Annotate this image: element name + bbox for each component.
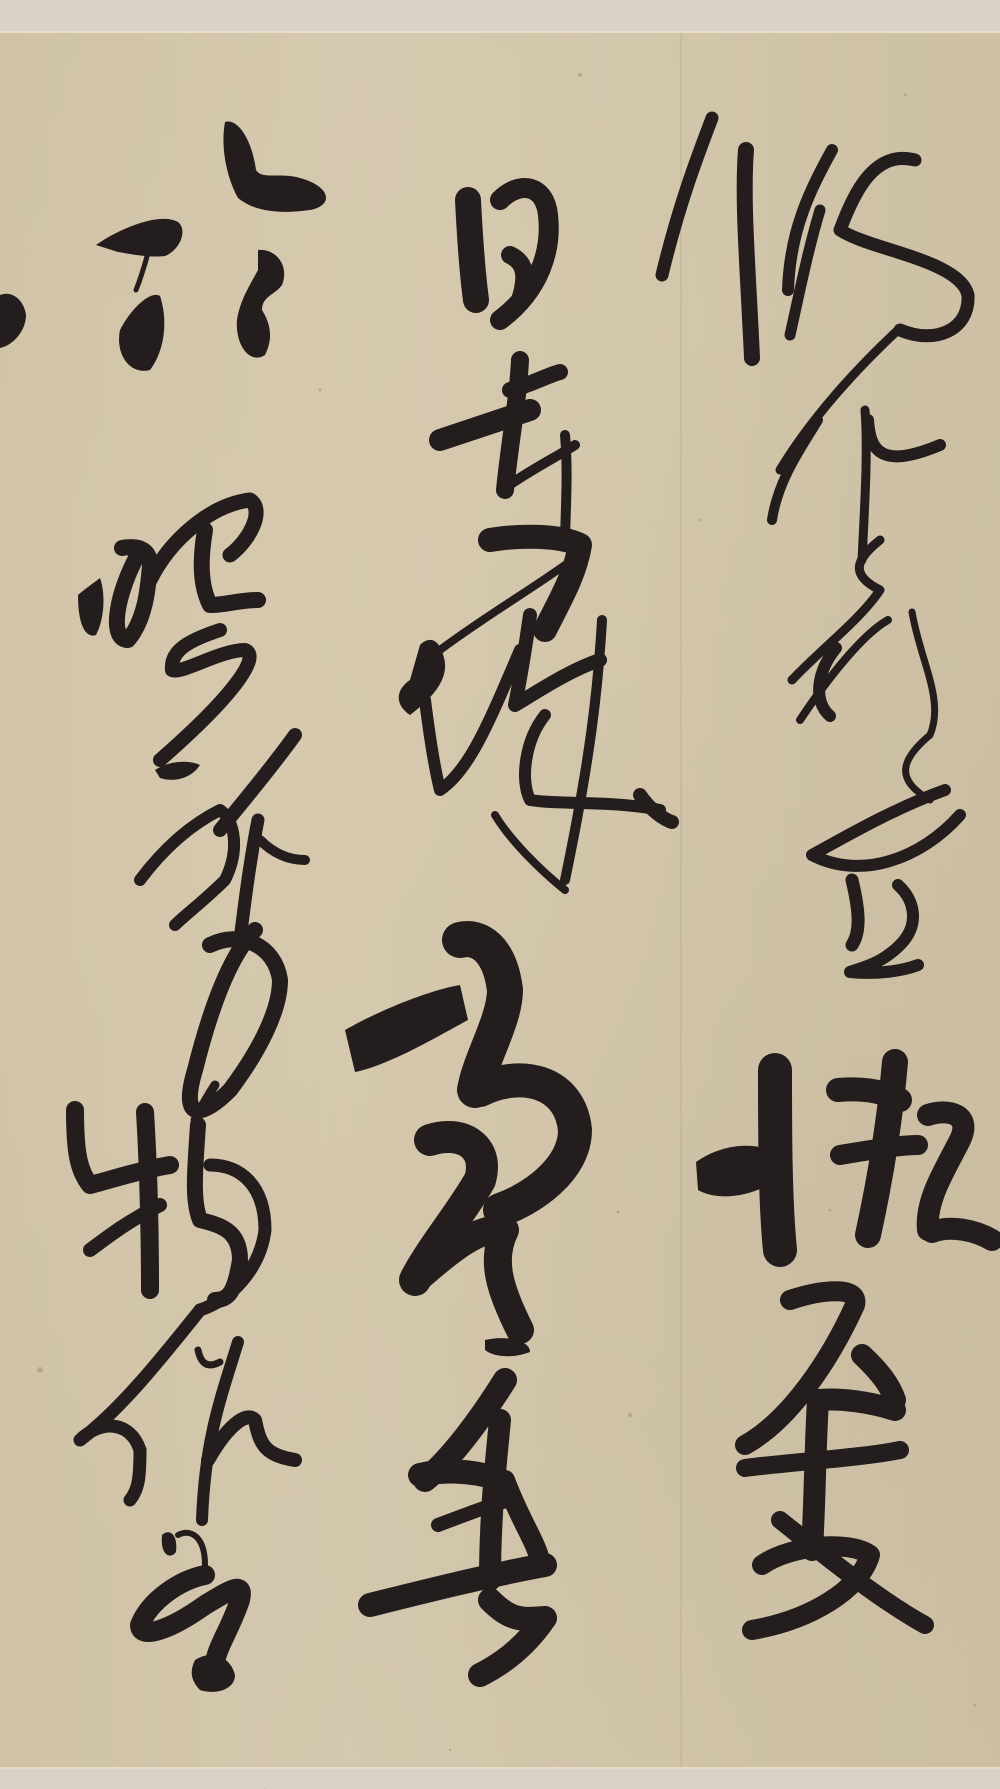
glyph-middle-2 [440,360,580,630]
glyph-left-2 [96,219,284,371]
glyph-middle-5 [370,1338,545,1675]
column-middle [345,188,672,1675]
glyph-left-5 [75,1085,265,1500]
glyph-right-5 [696,1062,992,1250]
glyph-middle-4 [345,939,575,1330]
paper-specks [37,73,977,1789]
glyph-left-6 [198,1342,295,1520]
column-right [662,118,992,1630]
glyph-right-4 [850,880,918,973]
glyph-right-6 [745,1291,925,1630]
calligraphy-ink-layer [0,0,1000,1789]
glyph-left-7 [140,1532,241,1692]
column-left [75,122,326,1692]
glyph-left-1 [223,122,326,212]
edge-fragment-glyph [0,294,26,348]
glyph-left-3 [78,500,258,780]
glyph-left-4 [140,735,305,1110]
glyph-middle-3 [399,565,672,890]
glyph-middle-1 [468,188,549,320]
